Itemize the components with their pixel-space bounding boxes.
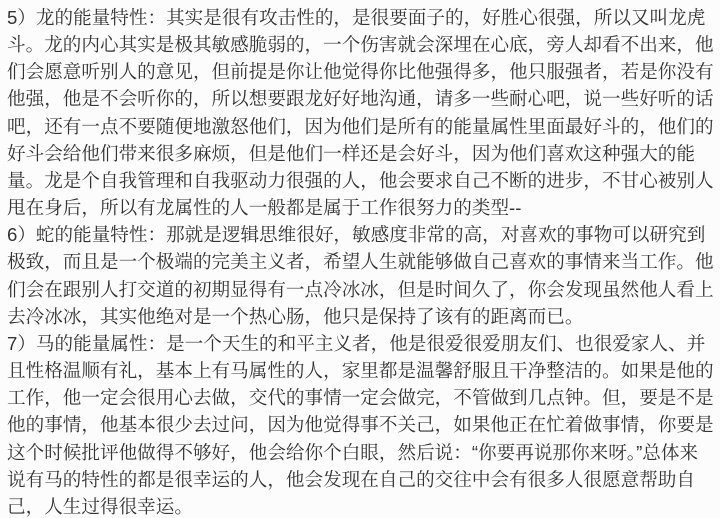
text-line: 工作，他一定会很用心去做，交代的事情一定会做完，不管做到几点钟。但，要是不是 — [7, 384, 713, 411]
text-line: 己，人生过得很幸运。 — [7, 493, 713, 518]
text-line: 他强，他是不会听你的，所以想要跟龙好好地沟通，请多一些耐心吧，说一些好听的话 — [7, 85, 713, 112]
text-line: 极致，而且是一个极端的完美主义者，希望人生就能够做自己喜欢的事情来当工作。他 — [7, 248, 713, 275]
text-line: 5）龙的能量特性：其实是很有攻击性的，是很要面子的，好胜心很强，所以又叫龙虎 — [7, 4, 713, 31]
section-horse-energy: 7）马的能量属性：是一个天生的和平主义者，他是很爱很爱朋友们、也很爱家人、并且性… — [7, 330, 713, 518]
text-line: 甩在身后，所以有龙属性的人一般都是属于工作很努力的类型-- — [7, 194, 713, 221]
text-line: 7）马的能量属性：是一个天生的和平主义者，他是很爱很爱朋友们、也很爱家人、并 — [7, 330, 713, 357]
section-snake-energy: 6）蛇的能量特性：那就是逻辑思维很好，敏感度非常的高，对喜欢的事物可以研究到极致… — [7, 221, 713, 330]
section-dragon-energy: 5）龙的能量特性：其实是很有攻击性的，是很要面子的，好胜心很强，所以又叫龙虎斗。… — [7, 4, 713, 221]
text-line: 说有马的特性的都是很幸运的人，他会发现在自己的交往中会有很多人很愿意帮助自 — [7, 466, 713, 493]
text-line: 们会愿意听别人的意见，但前提是你让他觉得你比他强得多，他只服强者，若是你没有 — [7, 58, 713, 85]
text-line: 们会在跟别人打交道的初期显得有一点冷冰冰，但是时间久了，你会发现虽然他人看上 — [7, 276, 713, 303]
text-line: 斗。龙的内心其实是极其敏感脆弱的，一个伤害就会深埋在心底，旁人却看不出来，他 — [7, 31, 713, 58]
text-line: 6）蛇的能量特性：那就是逻辑思维很好，敏感度非常的高，对喜欢的事物可以研究到 — [7, 221, 713, 248]
text-line: 这个时候批评他做得不够好，他会给你个白眼，然后说：“你要再说那你来呀。”总体来 — [7, 439, 713, 466]
text-line: 好斗会给他们带来很多麻烦，但是他们一样还是会好斗，因为他们喜欢这种强大的能 — [7, 140, 713, 167]
document-body: 5）龙的能量特性：其实是很有攻击性的，是很要面子的，好胜心很强，所以又叫龙虎斗。… — [0, 0, 720, 518]
text-line: 吧，还有一点不要随便地激怒他们，因为他们是所有的能量属性里面最好斗的，他们的 — [7, 113, 713, 140]
text-line: 他的事情，他基本很少去过问，因为他觉得事不关己，如果他正在忙着做事情，你要是 — [7, 411, 713, 438]
text-line: 且性格温顺有礼，基本上有马属性的人，家里都是温馨舒服且干净整洁的。如果是他的 — [7, 357, 713, 384]
text-line: 量。龙是个自我管理和自我驱动力很强的人，他会要求自己不断的进步，不甘心被别人 — [7, 167, 713, 194]
text-line: 去冷冰冰，其实他绝对是一个热心肠，他只是保持了该有的距离而已。 — [7, 303, 713, 330]
